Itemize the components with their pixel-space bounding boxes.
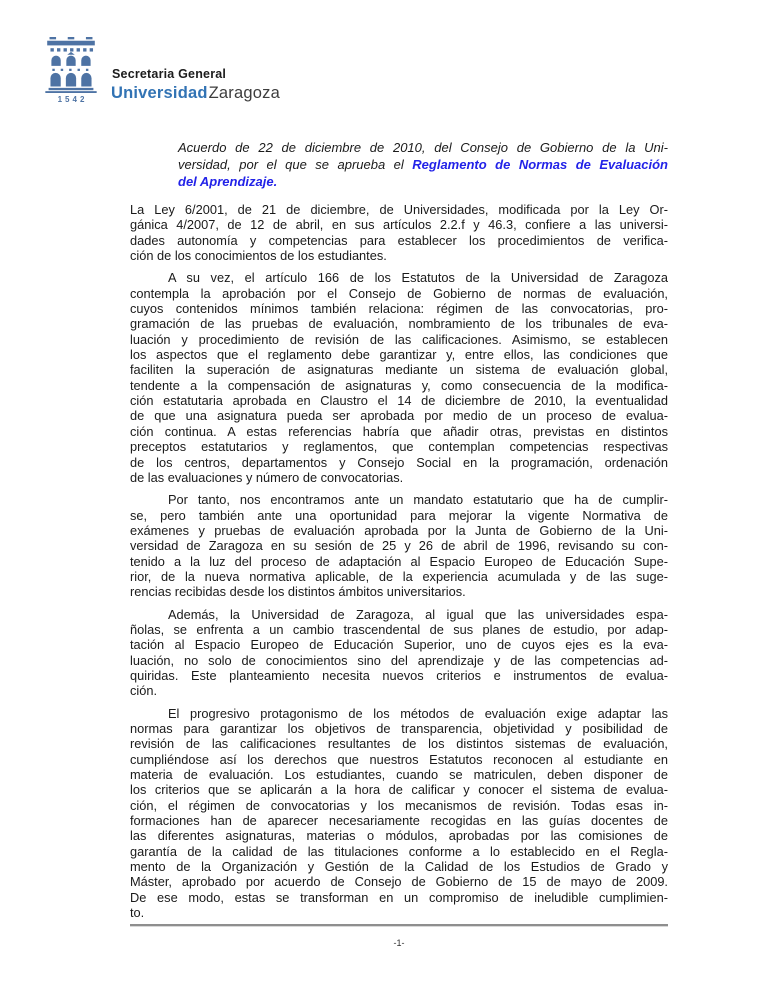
text-line: dades autonomía y competencias para esta… [130, 233, 668, 248]
heading-text: versidad, por el que se aprueba el [178, 157, 412, 172]
text-line: cuyos contenidos mínimos también relacio… [130, 301, 668, 316]
text-line: De ese modo, estas se transforman en un … [130, 890, 668, 905]
text-line: rencias recibidas desde los distintos ám… [130, 584, 668, 599]
text-line: Además, la Universidad de Zaragoza, al i… [130, 607, 668, 622]
text-line: Máster, aprobado por acuerdo de Consejo … [130, 874, 668, 889]
heading-line: del Aprendizaje. [178, 173, 668, 190]
paragraph: Por tanto, nos encontramos ante un manda… [130, 492, 668, 599]
text-line: A su vez, el artículo 166 de los Estatut… [130, 270, 668, 285]
paragraph: El progresivo protagonismo de los método… [130, 706, 668, 921]
paragraph: Además, la Universidad de Zaragoza, al i… [130, 607, 668, 699]
text-line: de que una asignatura pueda ser aprobada… [130, 408, 668, 423]
text-line: de los centros, departamentos y Consejo … [130, 455, 668, 470]
text-line: ción. [130, 683, 668, 698]
text-line: los criterios que se aplicarán a la hora… [130, 782, 668, 797]
text-line: quiridas. Este planteamiento necesita nu… [130, 668, 668, 683]
text-line: El progresivo protagonismo de los método… [130, 706, 668, 721]
heading-line: versidad, por el que se aprueba el Regla… [178, 156, 668, 173]
text-line: los aspectos que el reglamento debe gara… [130, 347, 668, 362]
heading-line: Acuerdo de 22 de diciembre de 2010, del … [178, 139, 668, 156]
brand-universidad: Universidad [111, 84, 208, 102]
text-line: mento de la Organización y Gestión de la… [130, 859, 668, 874]
heading-accent: del Aprendizaje. [178, 174, 277, 189]
text-line: ción estatutaria aprobada en Claustro el… [130, 393, 668, 408]
document-body: La Ley 6/2001, de 21 de diciembre, de Un… [130, 202, 668, 927]
text-line: se, pero también ante una oportunidad pa… [130, 508, 668, 523]
text-line: Por tanto, nos encontramos ante un manda… [130, 492, 668, 507]
text-line: ción continua. A estas referencias habrí… [130, 424, 668, 439]
text-line: faciliten la superación de asignaturas m… [130, 362, 668, 377]
logo-year-label: 1542 [42, 95, 100, 104]
text-line: tenido a la luz del proceso de adaptació… [130, 554, 668, 569]
decree-heading: Acuerdo de 22 de diciembre de 2010, del … [178, 139, 668, 190]
text-line: materia de evaluación. Los estudiantes, … [130, 767, 668, 782]
org-name: Secretaria General [112, 67, 226, 81]
text-line: revisión de las calificaciones resultant… [130, 736, 668, 751]
text-line: gramación de las pruebas de evaluación, … [130, 316, 668, 331]
text-line: rior, de la nueva normativa aplicable, d… [130, 569, 668, 584]
text-line: La Ley 6/2001, de 21 de diciembre, de Un… [130, 202, 668, 217]
footer-rule [130, 924, 668, 927]
university-building-icon [44, 37, 98, 93]
text-line: preceptos estatutarios y reglamentos, qu… [130, 439, 668, 454]
text-line: cumpliéndose así los derechos que nuestr… [130, 752, 668, 767]
text-line: garantía de la calidad de las titulacion… [130, 844, 668, 859]
text-line: formaciones han de aparecer necesariamen… [130, 813, 668, 828]
heading-accent: Reglamento de Normas de Evaluación [412, 157, 668, 172]
text-line: las diferentes asignaturas, materias o m… [130, 828, 668, 843]
brand-zaragoza: Zaragoza [209, 84, 280, 102]
text-line: luación y procedimiento de revisión de l… [130, 332, 668, 347]
text-line: normas para garantizar los objetivos de … [130, 721, 668, 736]
text-line: ción de los conocimientos de los estudia… [130, 248, 668, 263]
text-line: versidad de Zaragoza en su sesión de 25 … [130, 538, 668, 553]
text-line: tación al Espacio Europeo de Educación S… [130, 637, 668, 652]
text-line: de las evaluaciones y número de convocat… [130, 470, 668, 485]
text-line: contempla la aprobación por el Consejo d… [130, 286, 668, 301]
paragraph: A su vez, el artículo 166 de los Estatut… [130, 270, 668, 485]
text-line: luación, no solo de conocimientos sino d… [130, 653, 668, 668]
heading-text: Acuerdo de 22 de diciembre de 2010, del … [178, 140, 668, 155]
document-page: 1542 Secretaria General UniversidadZarag… [0, 0, 768, 994]
text-line: ñolas, se enfrenta a un cambio trascende… [130, 622, 668, 637]
text-line: gánica 4/2007, de 12 de abril, en sus ar… [130, 217, 668, 232]
text-line: to. [130, 905, 668, 920]
page-number: -1- [130, 938, 668, 948]
paragraph: La Ley 6/2001, de 21 de diciembre, de Un… [130, 202, 668, 263]
text-line: exámenes y pruebas de evaluación aprobad… [130, 523, 668, 538]
text-line: tendente a la compensación de asignatura… [130, 378, 668, 393]
brand-wordmark: UniversidadZaragoza [111, 84, 280, 103]
text-line: ción, el régimen de convocatorias y los … [130, 798, 668, 813]
